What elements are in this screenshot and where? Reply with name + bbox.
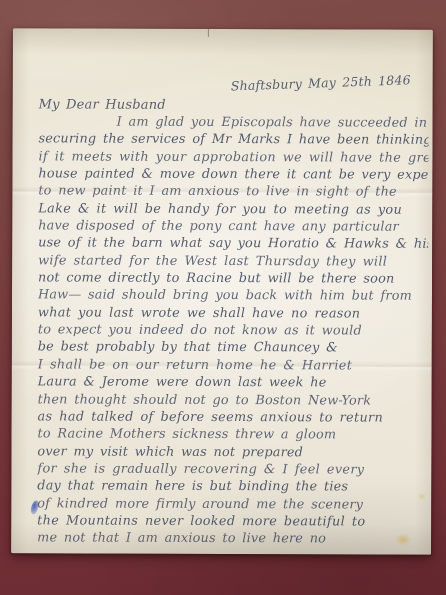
letter-line: I shall be on our return home he & Harri… (38, 356, 428, 375)
letter-body: I am glad you Episcopals have succeeded … (37, 113, 429, 548)
letter-line: wife started for the West last Thursday … (38, 252, 428, 271)
paper-nick (208, 28, 209, 37)
letter-line: over my visit which was not prepared (37, 443, 427, 462)
letter-dateline: Shaftsbury May 25th 1846 (230, 72, 410, 93)
letter-line: if it meets with your approbation we wil… (38, 148, 428, 167)
letter-line: use of it the barn what say you Horatio … (38, 235, 428, 254)
letter-line: not come directly to Racine but will be … (38, 269, 428, 288)
letter-line: be best probably by that time Chauncey & (38, 339, 428, 358)
photo-background: Shaftsbury May 25th 1846 My Dear Husband… (0, 0, 446, 595)
letter-salutation: My Dear Husband (39, 97, 166, 112)
letter-line: what you last wrote we shall have no rea… (38, 304, 428, 323)
letter-line: to new paint it I am anxious to live in … (38, 183, 428, 202)
letter-line: Haw— said should bring you back with him… (38, 287, 428, 306)
letter-line: securing the services of Mr Marks I have… (38, 131, 428, 150)
letter-line: Laura & Jerome were down last week he (38, 374, 428, 393)
letter-line: have disposed of the pony cant have any … (38, 217, 428, 236)
letter-line: to Racine Mothers sickness threw a gloom (37, 426, 427, 445)
letter-line: of kindred more firmly around me the sce… (37, 495, 427, 514)
letter-line: me not that I am anxious to live here no (37, 530, 427, 549)
letter-line: the Mountains never looked more beautifu… (37, 512, 427, 531)
letter-line: then thought should not go to Boston New… (38, 391, 428, 410)
letter-line: as had talked of before seems anxious to… (38, 408, 428, 427)
letter-paper: Shaftsbury May 25th 1846 My Dear Husband… (11, 28, 433, 554)
letter-line: Lake & it will be handy for you to meeti… (38, 200, 428, 219)
letter-line: I am glad you Episcopals have succeeded … (39, 113, 429, 132)
letter-line: house painted & move down there it cant … (38, 165, 428, 184)
letter-line: day that remain here is but binding the … (37, 478, 427, 497)
letter-line: to expect you indeed do not know as it w… (38, 321, 428, 340)
letter-line: for she is gradually recovering & I feel… (37, 460, 427, 479)
